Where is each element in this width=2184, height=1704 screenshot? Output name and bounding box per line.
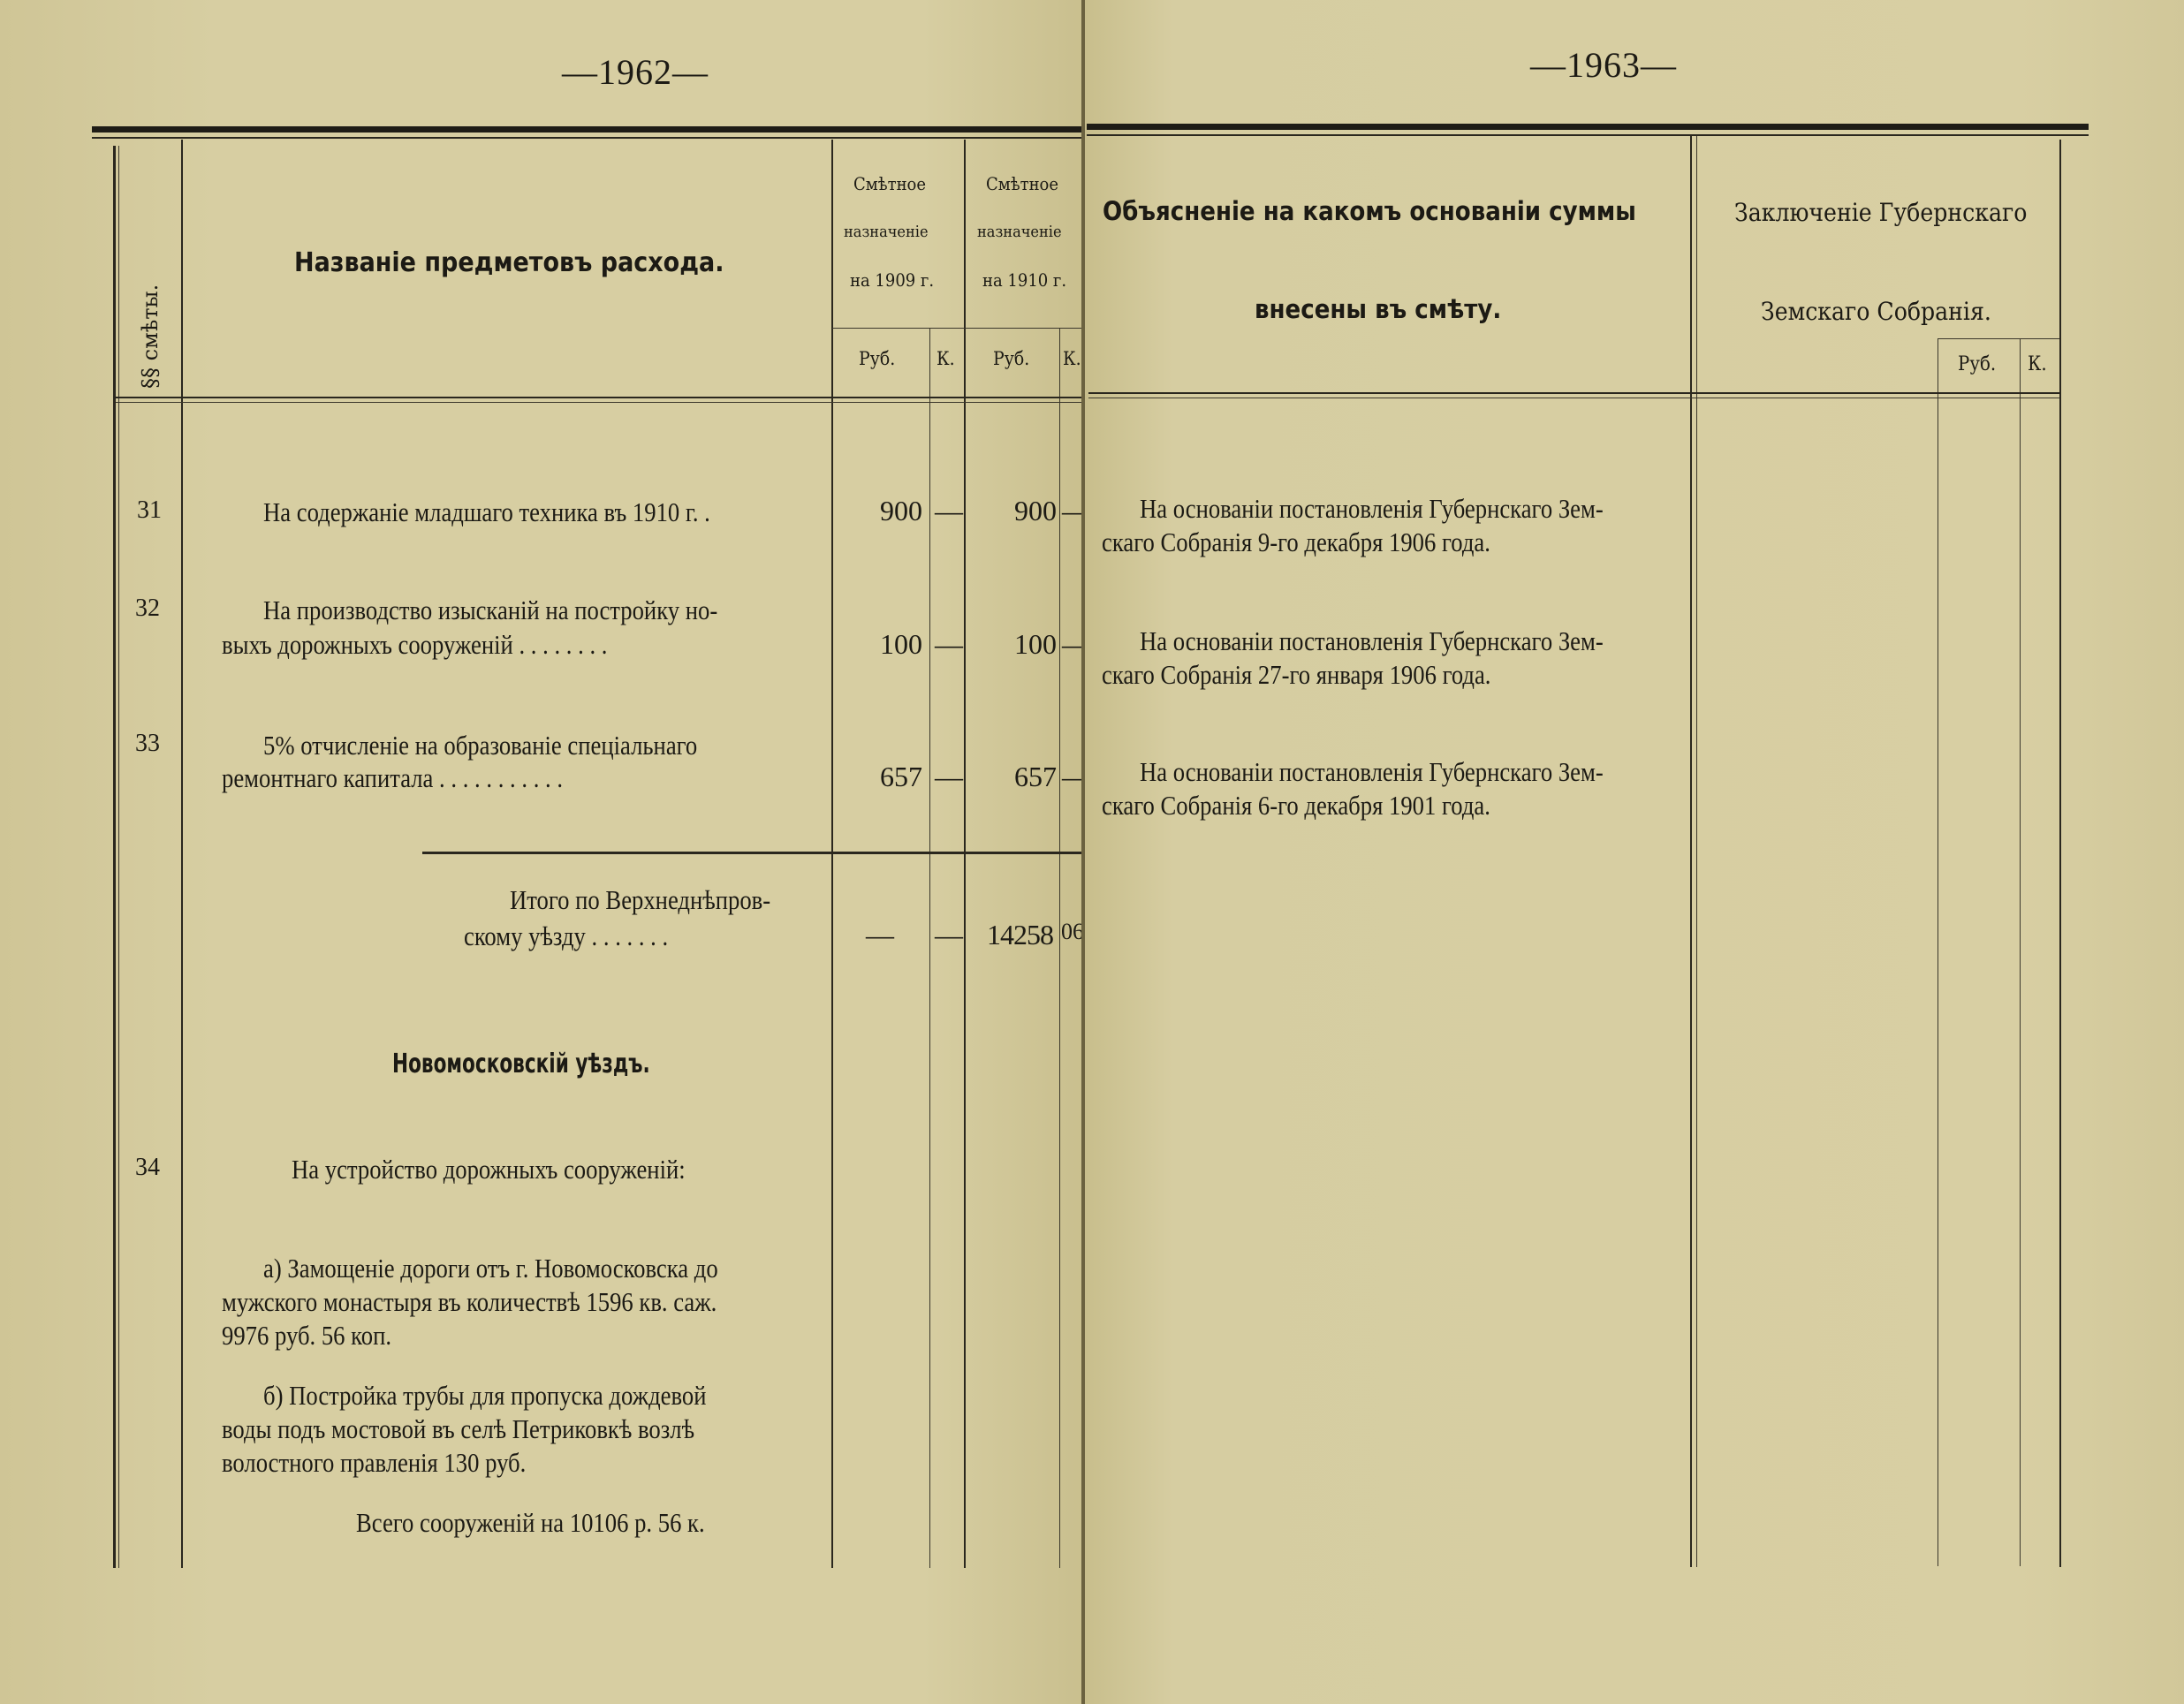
row-number: 31 <box>137 496 162 525</box>
conclusion-header-line2: Земскаго Собранія. <box>1761 297 1991 326</box>
row-description-line1: На производство изысканій на постройку н… <box>263 595 717 626</box>
total-label-line2: скому уѣзду . . . . . . . <box>464 920 668 952</box>
amount-1910-rub: 900 <box>1014 495 1057 527</box>
subtotal-text: Всего сооруженій на 10106 р. 56 к. <box>356 1507 705 1539</box>
budget-1909-rub: Руб. <box>859 348 895 369</box>
amount-1909-kop: — <box>935 495 963 527</box>
header-bottom-rule-2 <box>116 402 1083 403</box>
conclusion-kop: К. <box>2028 353 2047 375</box>
subheader-rule <box>832 328 1083 329</box>
right-border <box>2059 140 2061 1567</box>
total-1910-rub: 14258 <box>987 919 1053 951</box>
top-rule-thin <box>1087 134 2089 136</box>
budget-1910-header-line1: Смѣтное <box>986 173 1058 194</box>
col-sep-no <box>181 140 183 1568</box>
total-1909-rub: — <box>866 919 894 951</box>
right-page: —1963— Объясненіе на какомъ основаніи су… <box>1085 0 2184 1704</box>
amount-1910-rub: 657 <box>1014 761 1057 793</box>
col-sep-explanation <box>1690 136 1692 1567</box>
section-title: Новомосковскій уѣздъ. <box>392 1049 650 1079</box>
col-sep-rub <box>1938 338 1938 1566</box>
budget-1910-rub: Руб. <box>993 348 1029 369</box>
section-number-header: §§ смѣты. <box>138 284 163 389</box>
budget-1910-header-line2: назначеніе <box>977 223 1062 241</box>
budget-1909-header-line2: назначеніе <box>844 223 929 241</box>
amount-1909-kop: — <box>935 628 963 661</box>
amount-1909-rub: 900 <box>880 495 922 527</box>
top-rule <box>92 126 1083 133</box>
item-b-line2: воды подъ мостовой въ селѣ Петриковкѣ во… <box>222 1413 694 1445</box>
subtotal-rule <box>422 852 1083 854</box>
budget-1910-kop: К. <box>1063 348 1081 369</box>
row-description-line2: ремонтнаго капитала . . . . . . . . . . … <box>222 762 563 794</box>
item-name-header: Названіе предметовъ расхода. <box>294 247 724 278</box>
budget-1909-kop: К. <box>937 348 955 369</box>
explanation-line2: скаго Собранія 9-го декабря 1906 года. <box>1102 526 1490 558</box>
total-1909-kop: — <box>935 919 963 951</box>
row-number: 33 <box>135 730 160 758</box>
explanation-line1: На основаніи постановленія Губернскаго З… <box>1140 625 1604 657</box>
item-a-line2: мужского монастыря въ количествѣ 1596 кв… <box>222 1286 717 1318</box>
item-b-line1: б) Постройка трубы для пропуска дождевой <box>263 1380 706 1412</box>
explanation-line2: скаго Собранія 6-го декабря 1901 года. <box>1102 790 1490 822</box>
conclusion-header-line1: Заключеніе Губернскаго <box>1734 198 2027 227</box>
budget-1909-header-line1: Смѣтное <box>853 173 926 194</box>
col-sep-kop-1909 <box>929 329 930 1568</box>
page-number-left: —1962— <box>562 51 709 93</box>
conclusion-rub: Руб. <box>1958 353 1996 375</box>
row-description: На содержаніе младшаго техника въ 1910 г… <box>263 496 710 528</box>
amount-1909-rub: 657 <box>880 761 922 793</box>
row-number: 34 <box>135 1154 160 1182</box>
item-a-line1: а) Замощеніе дороги отъ г. Новомосковска… <box>263 1253 718 1284</box>
explanation-header-line1: Объясненіе на какомъ основаніи суммы <box>1103 196 1636 226</box>
amount-1909-rub: 100 <box>880 628 922 661</box>
row-description-line1: 5% отчисленіе на образованіе спеціальнаг… <box>263 730 697 761</box>
subheader-rule <box>1938 338 2059 339</box>
col-sep-kop-1910 <box>1059 329 1060 1568</box>
amount-1910-rub: 100 <box>1014 628 1057 661</box>
header-bottom-rule <box>1088 392 2059 394</box>
row-description-line2: выхъ дорожныхъ сооруженій . . . . . . . … <box>222 629 607 661</box>
budget-1909-header-line3: на 1909 г. <box>850 269 934 291</box>
budget-1910-header-line3: на 1910 г. <box>982 269 1066 291</box>
col-sep-explanation-inner <box>1696 136 1697 1567</box>
row-number: 32 <box>135 595 160 623</box>
explanation-line1: На основаніи постановленія Губернскаго З… <box>1140 756 1604 788</box>
left-page: —1962— §§ смѣты. Названіе предметовъ рас… <box>0 0 1085 1704</box>
explanation-header-line2: внесены въ смѣту. <box>1255 294 1501 324</box>
total-label-line1: Итого по Верхнеднѣпров- <box>510 884 770 916</box>
top-rule <box>1087 124 2089 130</box>
page-number-right: —1963— <box>1530 44 1677 86</box>
row-title: На устройство дорожныхъ сооруженій: <box>292 1154 686 1185</box>
left-border <box>113 146 116 1568</box>
explanation-line2: скаго Собранія 27-го января 1906 года. <box>1102 659 1490 691</box>
left-border-inner <box>118 146 119 1568</box>
amount-1909-kop: — <box>935 761 963 793</box>
explanation-line1: На основаніи постановленія Губернскаго З… <box>1140 493 1604 525</box>
item-a-line3: 9976 руб. 56 коп. <box>222 1320 391 1352</box>
header-bottom-rule <box>116 397 1083 398</box>
item-b-line3: волостного правленія 130 руб. <box>222 1447 526 1479</box>
col-sep-kop <box>2020 338 2021 1566</box>
header-bottom-rule-2 <box>1088 398 2059 398</box>
top-rule-thin <box>92 137 1083 139</box>
